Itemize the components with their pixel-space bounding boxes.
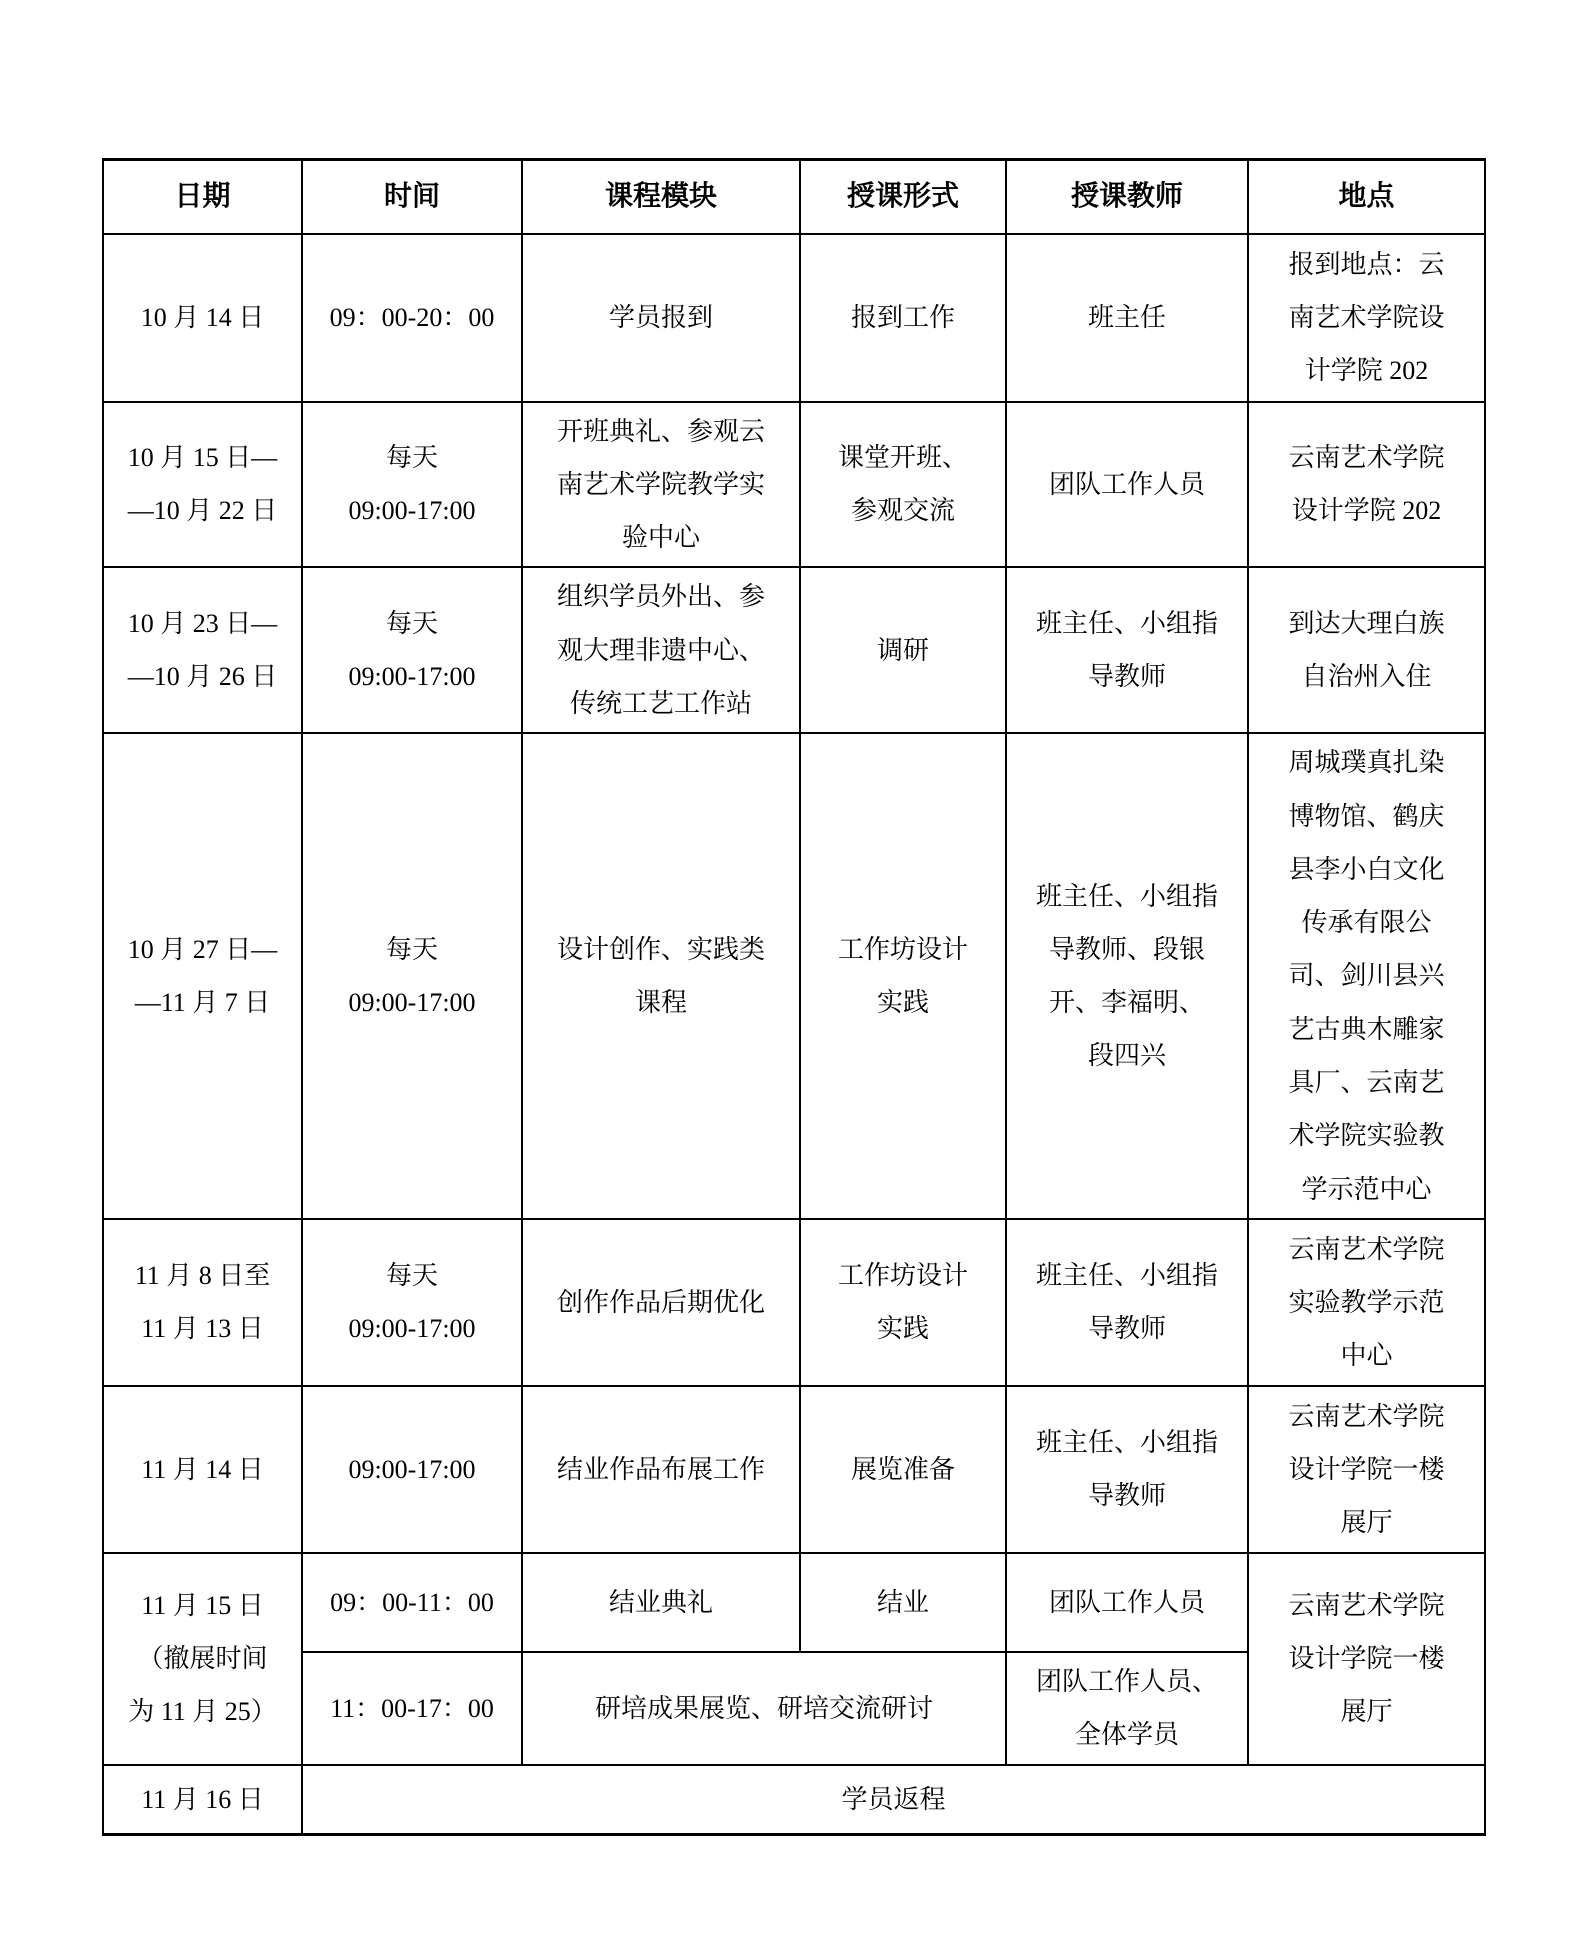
cell-r2-module: 开班典礼、参观云 南艺术学院教学实 验中心 bbox=[522, 402, 800, 568]
cell-r3-date: 10 月 23 日— —10 月 26 日 bbox=[103, 567, 302, 733]
cell-r7-location: 云南艺术学院 设计学院一楼 展厅 bbox=[1248, 1553, 1485, 1765]
cell-r1-time: 09：00-20：00 bbox=[302, 234, 522, 402]
cell-r4-module: 设计创作、实践类 课程 bbox=[522, 733, 800, 1219]
cell-r4-teachers: 班主任、小组指 导教师、段银 开、李福明、 段四兴 bbox=[1006, 733, 1248, 1219]
table-row: 10 月 27 日— —11 月 7 日 每天 09:00-17:00 设计创作… bbox=[103, 733, 1485, 1219]
header-form: 授课形式 bbox=[800, 160, 1006, 234]
cell-r8-date: 11 月 16 日 bbox=[103, 1765, 302, 1835]
header-time: 时间 bbox=[302, 160, 522, 234]
header-row: 日期 时间 课程模块 授课形式 授课教师 地点 bbox=[103, 160, 1485, 234]
table-row: 10 月 14 日 09：00-20：00 学员报到 报到工作 班主任 报到地点… bbox=[103, 234, 1485, 402]
cell-r5-time: 每天 09:00-17:00 bbox=[302, 1219, 522, 1386]
cell-r5-location: 云南艺术学院 实验教学示范 中心 bbox=[1248, 1219, 1485, 1386]
cell-r7a-teachers: 团队工作人员 bbox=[1006, 1553, 1248, 1652]
header-date: 日期 bbox=[103, 160, 302, 234]
cell-r2-form: 课堂开班、 参观交流 bbox=[800, 402, 1006, 568]
header-teachers: 授课教师 bbox=[1006, 160, 1248, 234]
cell-r1-date: 10 月 14 日 bbox=[103, 234, 302, 402]
course-schedule-table: 日期 时间 课程模块 授课形式 授课教师 地点 10 月 14 日 09：00-… bbox=[102, 158, 1486, 1836]
cell-r7-date: 11 月 15 日 （撤展时间 为 11 月 25） bbox=[103, 1553, 302, 1765]
cell-r7b-module-form: 研培成果展览、研培交流研讨 bbox=[522, 1652, 1006, 1765]
cell-r3-form: 调研 bbox=[800, 567, 1006, 733]
cell-r4-location: 周城璞真扎染 博物馆、鹤庆 县李小白文化 传承有限公 司、剑川县兴 艺古典木雕家… bbox=[1248, 733, 1485, 1219]
cell-r5-teachers: 班主任、小组指 导教师 bbox=[1006, 1219, 1248, 1386]
cell-r2-teachers: 团队工作人员 bbox=[1006, 402, 1248, 568]
cell-r2-date: 10 月 15 日— —10 月 22 日 bbox=[103, 402, 302, 568]
cell-r1-module: 学员报到 bbox=[522, 234, 800, 402]
cell-r4-date: 10 月 27 日— —11 月 7 日 bbox=[103, 733, 302, 1219]
cell-r4-form: 工作坊设计 实践 bbox=[800, 733, 1006, 1219]
table-row: 10 月 23 日— —10 月 26 日 每天 09:00-17:00 组织学… bbox=[103, 567, 1485, 733]
cell-r7a-time: 09：00-11：00 bbox=[302, 1553, 522, 1652]
document-page: 日期 时间 课程模块 授课形式 授课教师 地点 10 月 14 日 09：00-… bbox=[0, 0, 1586, 1952]
cell-r8-note: 学员返程 bbox=[302, 1765, 1485, 1835]
cell-r4-time: 每天 09:00-17:00 bbox=[302, 733, 522, 1219]
cell-r3-teachers: 班主任、小组指 导教师 bbox=[1006, 567, 1248, 733]
cell-r7a-form: 结业 bbox=[800, 1553, 1006, 1652]
table-row: 10 月 15 日— —10 月 22 日 每天 09:00-17:00 开班典… bbox=[103, 402, 1485, 568]
cell-r6-date: 11 月 14 日 bbox=[103, 1386, 302, 1553]
cell-r7a-module: 结业典礼 bbox=[522, 1553, 800, 1652]
cell-r6-location: 云南艺术学院 设计学院一楼 展厅 bbox=[1248, 1386, 1485, 1553]
cell-r3-module: 组织学员外出、参 观大理非遗中心、 传统工艺工作站 bbox=[522, 567, 800, 733]
cell-r1-form: 报到工作 bbox=[800, 234, 1006, 402]
cell-r2-time: 每天 09:00-17:00 bbox=[302, 402, 522, 568]
cell-r6-form: 展览准备 bbox=[800, 1386, 1006, 1553]
cell-r5-module: 创作作品后期优化 bbox=[522, 1219, 800, 1386]
table-row: 11 月 8 日至 11 月 13 日 每天 09:00-17:00 创作作品后… bbox=[103, 1219, 1485, 1386]
table-row: 11 月 15 日 （撤展时间 为 11 月 25） 09：00-11：00 结… bbox=[103, 1553, 1485, 1652]
cell-r6-teachers: 班主任、小组指 导教师 bbox=[1006, 1386, 1248, 1553]
cell-r1-location: 报到地点：云 南艺术学院设 计学院 202 bbox=[1248, 234, 1485, 402]
table-row: 11 月 14 日 09:00-17:00 结业作品布展工作 展览准备 班主任、… bbox=[103, 1386, 1485, 1553]
cell-r6-time: 09:00-17:00 bbox=[302, 1386, 522, 1553]
cell-r5-date: 11 月 8 日至 11 月 13 日 bbox=[103, 1219, 302, 1386]
cell-r6-module: 结业作品布展工作 bbox=[522, 1386, 800, 1553]
cell-r3-location: 到达大理白族 自治州入住 bbox=[1248, 567, 1485, 733]
cell-r7b-teachers: 团队工作人员、 全体学员 bbox=[1006, 1652, 1248, 1765]
cell-r3-time: 每天 09:00-17:00 bbox=[302, 567, 522, 733]
cell-r2-location: 云南艺术学院 设计学院 202 bbox=[1248, 402, 1485, 568]
cell-r7b-time: 11：00-17：00 bbox=[302, 1652, 522, 1765]
cell-r5-form: 工作坊设计 实践 bbox=[800, 1219, 1006, 1386]
header-location: 地点 bbox=[1248, 160, 1485, 234]
header-module: 课程模块 bbox=[522, 160, 800, 234]
cell-r1-teachers: 班主任 bbox=[1006, 234, 1248, 402]
table-row: 11 月 16 日 学员返程 bbox=[103, 1765, 1485, 1835]
